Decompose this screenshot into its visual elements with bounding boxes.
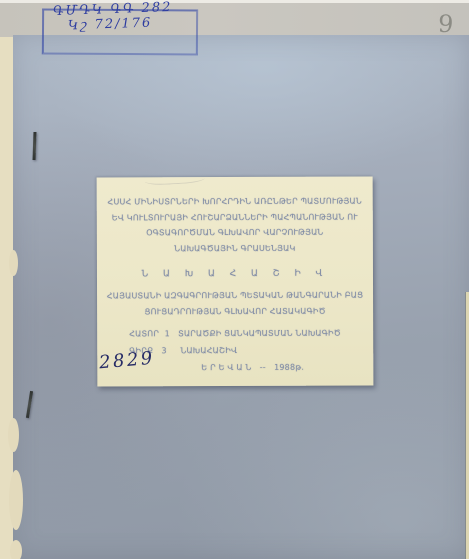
pencil-page-number: 9 (437, 10, 454, 39)
org-line-4: ՆԱԽԱԳԾԱՅԻՆ ԳՐԱՍԵՆՅԱԿ (97, 240, 373, 256)
spine-wear-patch (10, 540, 22, 559)
document-type-title: Ն Ա Խ Ա Հ Ա Շ Ի Վ (97, 266, 373, 283)
subject-line-1: ՀԱՅԱՍՏԱՆԻ ԱԶԳԱԳՐՈՒԹՅԱՆ ՊԵՏԱԿԱՆ ԹԱՆԳԱՐԱՆԻ… (97, 288, 373, 304)
archive-stamp-handwriting-line2: Կշ 72/176 (68, 16, 153, 34)
org-line-1: ՀՍՍՀ ՄԻՆԻՍՏՐՆԵՐԻ ԽՈՐՀՐԴԻՆ ԱՌԸՆԹԵՐ ՊԱՏՄՈՒ… (97, 194, 373, 210)
org-line-3: ՕԳՏԱԳՈՐԾՄԱՆ ԳԼԽԱՎՈՐ ՎԱՐՉՈՒԹՅԱՆ (97, 225, 373, 241)
volume-line: ՀԱՏՈՐ 1 ՏԱՐԱԾՔԻ ՑԱՆԿԱՊԱՏՄԱՆ ՆԱԽԱԳԻԾ (97, 325, 373, 343)
subject-line-2: ՑՈՒՑԱԴՐՈՒԹՅԱՆ ԳԼԽԱՎՈՐ ՀԱՏԱԿԱԳԻԾ (97, 303, 373, 319)
spine-wear-patch (9, 470, 23, 530)
spine-wear-patch (9, 250, 18, 276)
spine-wear-patch (8, 418, 19, 452)
scanned-cover-page: ԳՄԴԿ ԳԳ 282 Կշ 72/176 9 ՀՍՍՀ ՄԻՆԻՍՏՐՆԵՐԻ… (0, 0, 469, 559)
org-line-2: ԵՎ ԿՈՒԼՏՈՒՐԱՅԻ ՀՈՒՇԱՐՁԱՆՆԵՐԻ ՊԱՀՊԱՆՈՒԹՅԱ… (97, 209, 373, 225)
